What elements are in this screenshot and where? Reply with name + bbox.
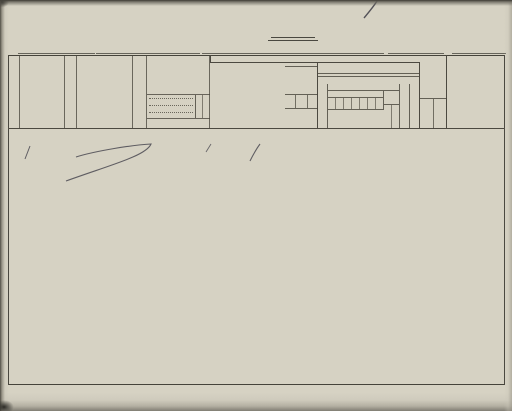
table-body <box>0 0 512 411</box>
census-form-sheet <box>0 0 512 411</box>
